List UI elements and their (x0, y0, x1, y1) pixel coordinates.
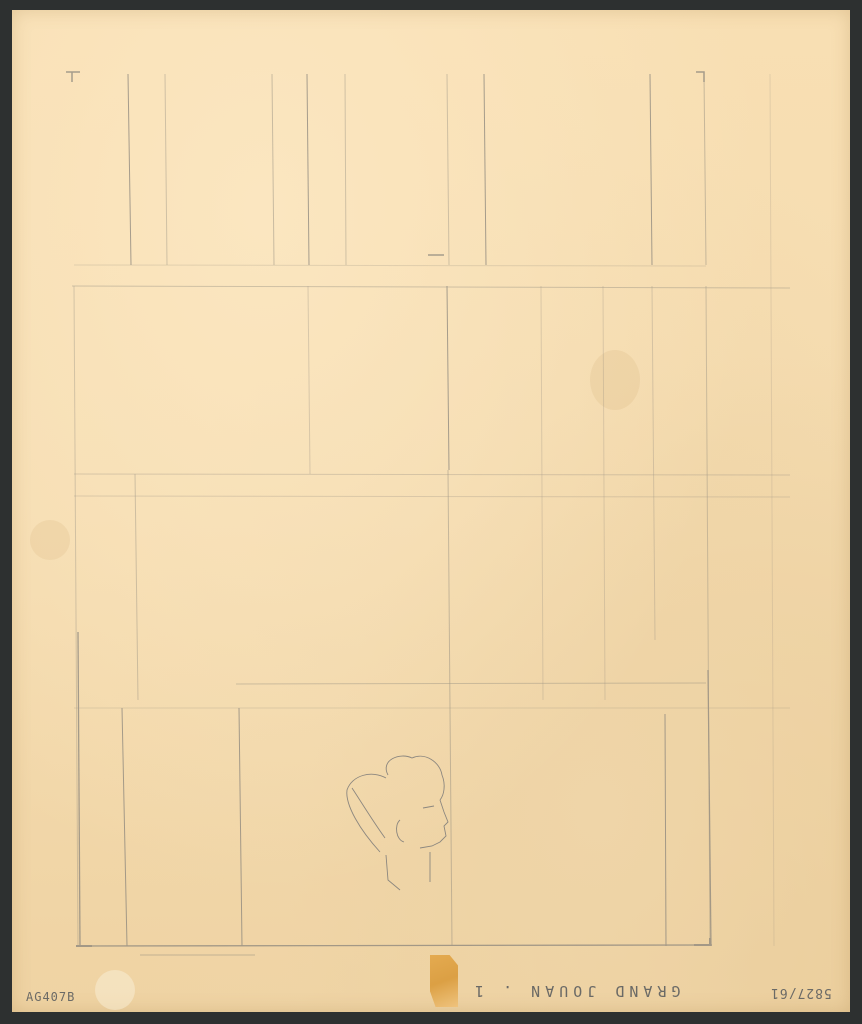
title-inscription: GRAND JOUAN . 1 (470, 982, 680, 1000)
profile-head-sketch (347, 756, 448, 890)
tape-fragment (430, 955, 458, 1007)
pencil-grid-drawing (0, 0, 862, 1024)
accession-number-label: 5827/61 (770, 985, 832, 1000)
catalog-number-label: AG407B (26, 990, 75, 1004)
